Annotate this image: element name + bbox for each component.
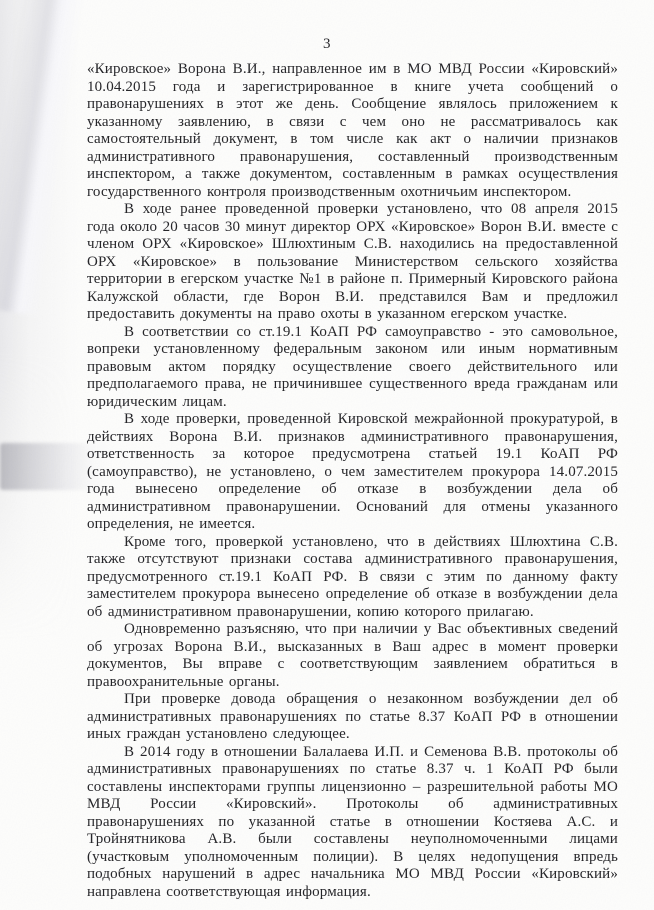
document-body: «Кировское» Ворона В.И., направленное им…	[87, 61, 618, 901]
paragraph: В ходе ранее проведенной проверки устано…	[87, 201, 618, 324]
page-number: 3	[0, 36, 654, 53]
scanned-document-page: 3 «Кировское» Ворона В.И., направленное …	[0, 0, 654, 910]
paragraph: В 2014 году в отношении Балалаева И.П. и…	[87, 744, 618, 902]
paragraph: Кроме того, проверкой установлено, что в…	[87, 534, 618, 622]
paragraph: При проверке довода обращения о незаконн…	[87, 691, 618, 744]
paragraph-continuation: «Кировское» Ворона В.И., направленное им…	[87, 61, 618, 201]
paragraph: В ходе проверки, проведенной Кировской м…	[87, 411, 618, 534]
paragraph: В соответствии со ст.19.1 КоАП РФ самоуп…	[87, 324, 618, 412]
paragraph: Одновременно разъясняю, что при наличии …	[87, 621, 618, 691]
